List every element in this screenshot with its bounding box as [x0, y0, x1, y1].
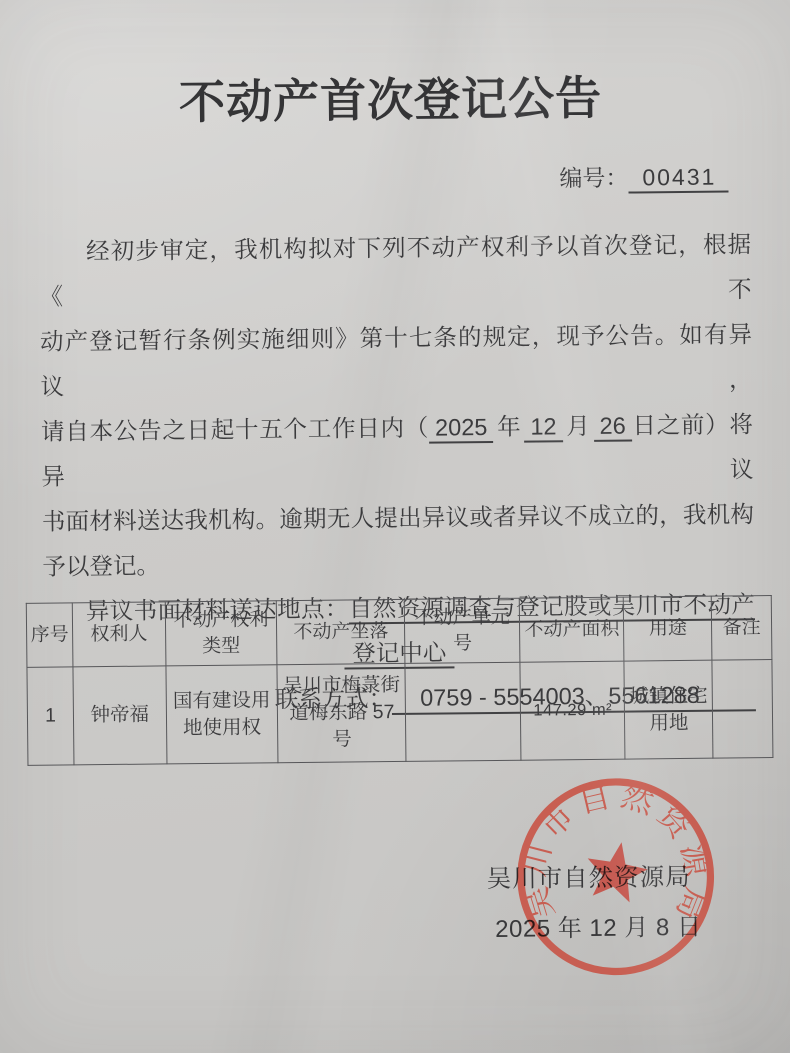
cell-right-type: 国有建设用地使用权 [166, 665, 279, 764]
header-unit-number: 不动产单元号 [405, 598, 520, 663]
document-content: 不动产首次登记公告 编号：00431 经初步审定，我机构拟对下列不动产权利予以首… [0, 0, 790, 1053]
body-line-3: 请自本公告之日起十五个工作日内（2025年12月26日之前）将异议 [41, 402, 754, 499]
header-right-type: 不动产权利类型 [165, 601, 277, 666]
deadline-year-unit: 年 [493, 414, 524, 440]
page-title: 不动产首次登记公告 [0, 60, 786, 134]
header-right-holder: 权利人 [72, 602, 165, 667]
deadline-month: 12 [524, 413, 562, 442]
header-area: 不动产面积 [519, 597, 624, 662]
document-number-label: 编号： [559, 165, 628, 192]
body-line-1: 经初步审定，我机构拟对下列不动产权利予以首次登记，根据《不 [39, 222, 752, 319]
deadline-pre-text: 请自本公告之日起十五个工作日内（ [41, 415, 429, 445]
cell-right-holder: 钟帝福 [73, 666, 166, 765]
registration-table: 序号 权利人 不动产权利类型 不动产坐落 不动产单元号 不动产面积 用途 备注 … [26, 595, 774, 766]
cell-unit-number [405, 662, 521, 761]
signature-agency: 吴川市自然资源局 [486, 858, 690, 895]
signature-date: 2025 年 12 月 8 日 [495, 907, 702, 944]
header-remark: 备注 [712, 596, 772, 661]
cell-remark [712, 660, 773, 759]
document-number: 编号：00431 [559, 158, 728, 193]
body-line-4: 书面材料送达我机构。逾期无人提出异议或者异议不成立的，我机构 [42, 492, 754, 544]
header-usage: 用途 [624, 596, 713, 661]
table-header-row: 序号 权利人 不动产权利类型 不动产坐落 不动产单元号 不动产面积 用途 备注 [26, 596, 772, 668]
deadline-day: 26 [593, 413, 631, 442]
deadline-month-unit: 月 [562, 413, 593, 439]
body-line-2: 动产登记暂行条例实施细则》第十七条的规定，现予公告。如有异议， [40, 312, 753, 409]
table-row: 1 钟帝福 国有建设用地使用权 吴川市梅菉街道梅东路 57 号 147.29 m… [27, 660, 773, 766]
deadline-year: 2025 [429, 414, 494, 444]
photographed-document: 不动产首次登记公告 编号：00431 经初步审定，我机构拟对下列不动产权利予以首… [0, 0, 790, 1053]
cell-usage: 城镇住宅用地 [624, 660, 713, 759]
body-line-5: 予以登记。 [42, 537, 754, 589]
cell-location: 吴川市梅菉街道梅东路 57 号 [277, 663, 406, 762]
cell-area: 147.29 m² [520, 661, 625, 760]
header-location: 不动产坐落 [277, 599, 406, 664]
cell-seq: 1 [27, 667, 74, 765]
header-seq: 序号 [26, 603, 73, 667]
document-number-value: 00431 [628, 163, 728, 193]
